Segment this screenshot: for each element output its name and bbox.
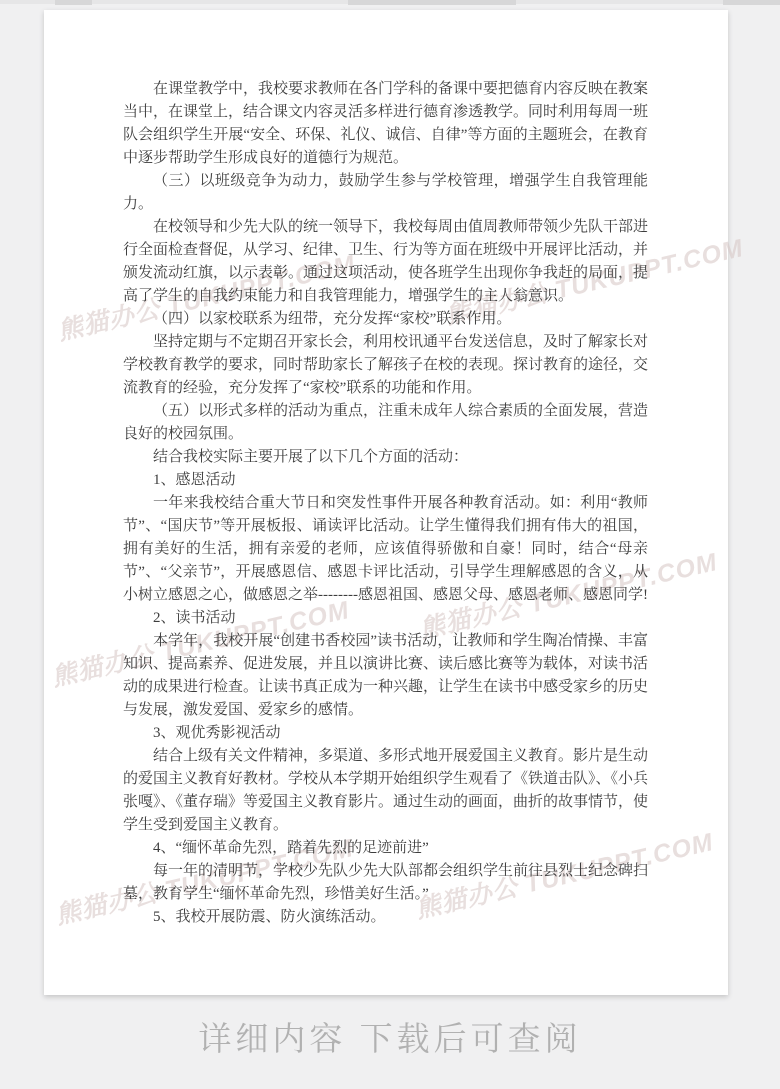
paragraph: （三）以班级竞争为动力，鼓励学生参与学校管理，增强学生自我管理能力。 xyxy=(123,170,648,216)
download-hint-text: 详细内容 下载后可查阅 xyxy=(0,1013,780,1060)
paragraph: 2、读书活动 xyxy=(123,607,648,630)
paragraph: 一年来我校结合重大节日和突发性事件开展各种教育活动。如：利用“教师节”、“国庆节… xyxy=(123,492,648,607)
paragraph: 本学年，我校开展“创建书香校园”读书活动，让教师和学生陶冶情操、丰富知识、提高素… xyxy=(123,630,648,722)
paragraph: 1、感恩活动 xyxy=(123,469,648,492)
paragraph: 在课堂教学中，我校要求教师在各门学科的备课中要把德育内容反映在教案当中，在课堂上… xyxy=(123,78,648,170)
document-body-text: 在课堂教学中，我校要求教师在各门学科的备课中要把德育内容反映在教案当中，在课堂上… xyxy=(123,78,648,929)
download-hint-bar: 详细内容 下载后可查阅 xyxy=(0,995,780,1089)
previous-page-edge-fragment xyxy=(348,0,516,5)
document-page: 熊猫办公 TUKUPPT.COM 熊猫办公 TUKUPPT.COM 熊猫办公 T… xyxy=(44,10,728,995)
previous-page-edge-fragment xyxy=(55,0,92,5)
previous-page-edge-fragment xyxy=(723,0,780,5)
paragraph: 3、观优秀影视活动 xyxy=(123,722,648,745)
paragraph: 5、我校开展防震、防火演练活动。 xyxy=(123,906,648,929)
paragraph: 结合我校实际主要开展了以下几个方面的活动： xyxy=(123,446,648,469)
paragraph: 在校领导和少先大队的统一领导下，我校每周由值周教师带领少先队干部进行全面检查督促… xyxy=(123,216,648,308)
paragraph: （四）以家校联系为纽带，充分发挥“家校”联系作用。 xyxy=(123,308,648,331)
paragraph: （五）以形式多样的活动为重点，注重未成年人综合素质的全面发展，营造良好的校园氛围… xyxy=(123,400,648,446)
paragraph: 4、“缅怀革命先烈，踏着先烈的足迹前进” xyxy=(123,837,648,860)
paragraph: 每一年的清明节，学校少先队少先大队部都会组织学生前往县烈士纪念碑扫墓，教育学生“… xyxy=(123,860,648,906)
paragraph: 坚持定期与不定期召开家长会，利用校讯通平台发送信息，及时了解家长对学校教育教学的… xyxy=(123,331,648,400)
paragraph: 结合上级有关文件精神，多渠道、多形式地开展爱国主义教育。影片是生动的爱国主义教育… xyxy=(123,745,648,837)
